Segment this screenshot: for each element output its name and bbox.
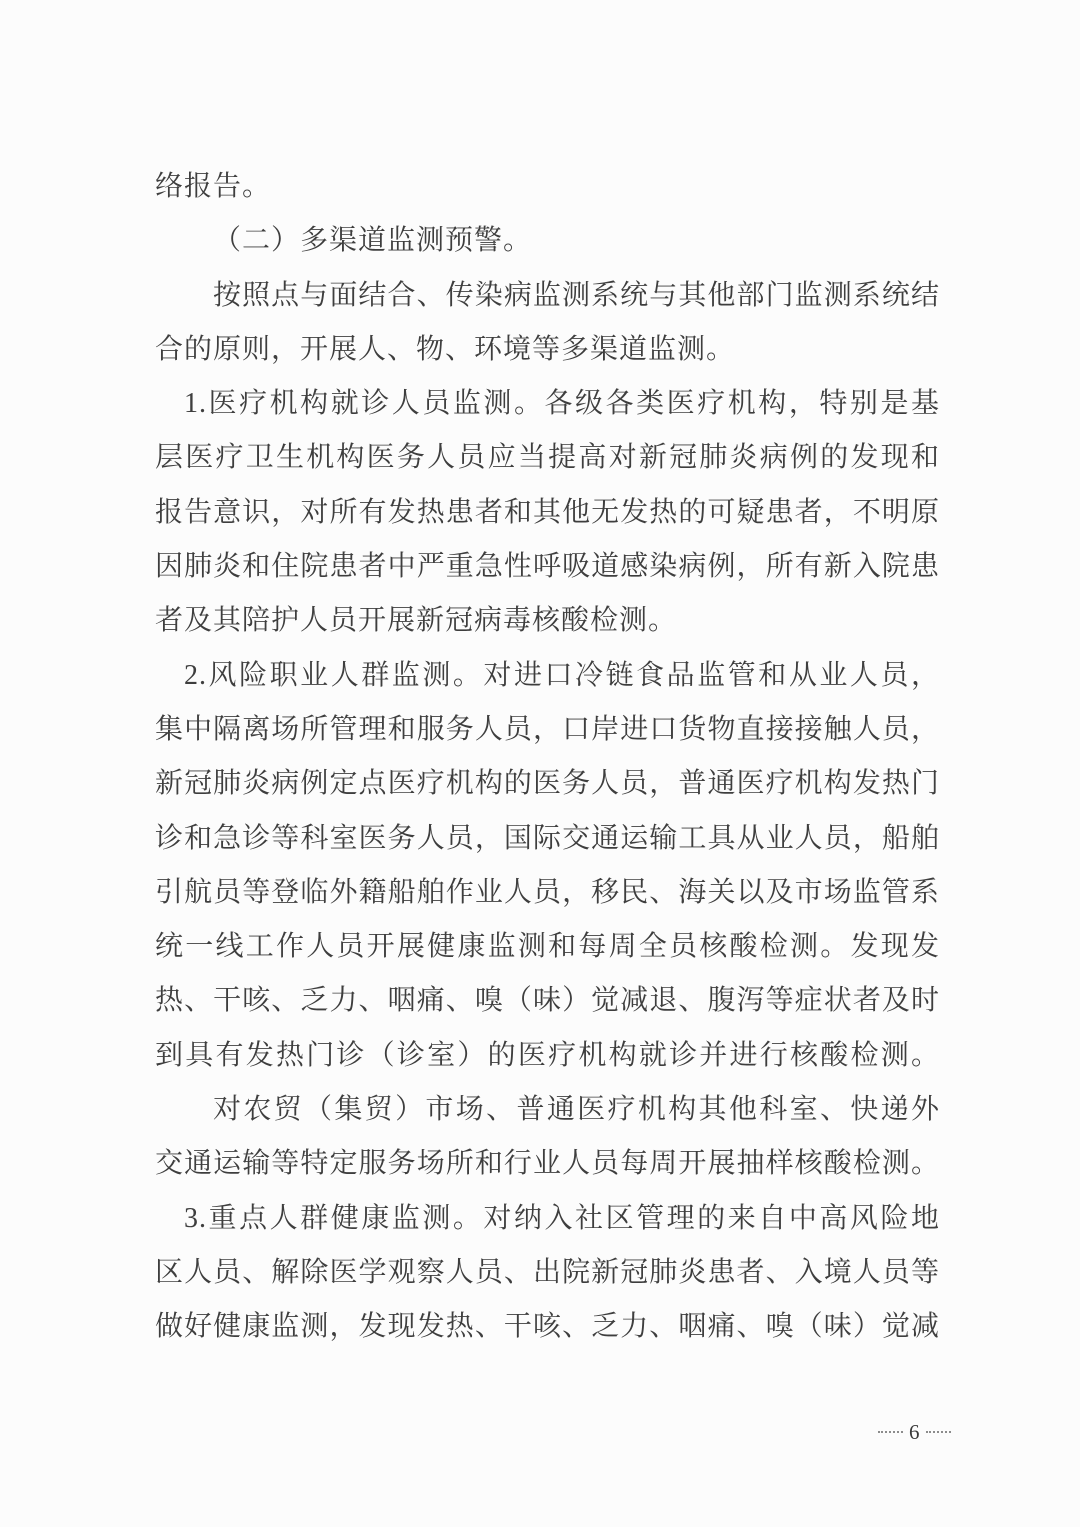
- page-footer: 6: [878, 1418, 951, 1446]
- footer-dash-right: [926, 1431, 951, 1433]
- text-line: 引航员等登临外籍船舶作业人员，移民、海关以及市场监管系: [155, 866, 940, 920]
- text-line: 络报告。: [155, 160, 940, 214]
- text-line: 区人员、解除医学观察人员、出院新冠肺炎患者、入境人员等: [155, 1246, 940, 1300]
- text-line: 做好健康监测，发现发热、干咳、乏力、咽痛、嗅（味）觉减: [155, 1300, 940, 1354]
- text-line: 按照点与面结合、传染病监测系统与其他部门监测系统结: [155, 269, 940, 323]
- text-line: 到具有发热门诊（诊室）的医疗机构就诊并进行核酸检测。: [155, 1029, 940, 1083]
- text-line: 交通运输等特定服务场所和行业人员每周开展抽样核酸检测。: [155, 1137, 940, 1191]
- numbered-item-line: 1.医疗机构就诊人员监测。各级各类医疗机构，特别是基: [155, 377, 940, 431]
- text-line: 统一线工作人员开展健康监测和每周全员核酸检测。发现发: [155, 920, 940, 974]
- text-line: 热、干咳、乏力、咽痛、嗅（味）觉减退、腹泻等症状者及时: [155, 974, 940, 1028]
- text-line: 新冠肺炎病例定点医疗机构的医务人员，普通医疗机构发热门: [155, 757, 940, 811]
- text-line: 合的原则，开展人、物、环境等多渠道监测。: [155, 323, 940, 377]
- text-line: 者及其陪护人员开展新冠病毒核酸检测。: [155, 594, 940, 648]
- document-page: 络报告。 （二）多渠道监测预警。 按照点与面结合、传染病监测系统与其他部门监测系…: [0, 0, 1080, 1527]
- section-heading-line: （二）多渠道监测预警。: [155, 214, 940, 268]
- text-line: 层医疗卫生机构医务人员应当提高对新冠肺炎病例的发现和: [155, 431, 940, 485]
- text-line: 因肺炎和住院患者中严重急性呼吸道感染病例，所有新入院患: [155, 540, 940, 594]
- text-line: 诊和急诊等科室医务人员，国际交通运输工具从业人员，船舶: [155, 812, 940, 866]
- text-line: 集中隔离场所管理和服务人员，口岸进口货物直接接触人员，: [155, 703, 940, 757]
- numbered-item-line: 2.风险职业人群监测。对进口冷链食品监管和从业人员，: [155, 649, 940, 703]
- numbered-item-line: 3.重点人群健康监测。对纳入社区管理的来自中高风险地: [155, 1192, 940, 1246]
- text-line: 对农贸（集贸）市场、普通医疗机构其他科室、快递外卖、: [155, 1083, 940, 1137]
- page-number: 6: [908, 1422, 921, 1443]
- text-line: 报告意识，对所有发热患者和其他无发热的可疑患者，不明原: [155, 486, 940, 540]
- footer-dash-left: [878, 1431, 903, 1433]
- document-text-block: 络报告。 （二）多渠道监测预警。 按照点与面结合、传染病监测系统与其他部门监测系…: [155, 160, 940, 1355]
